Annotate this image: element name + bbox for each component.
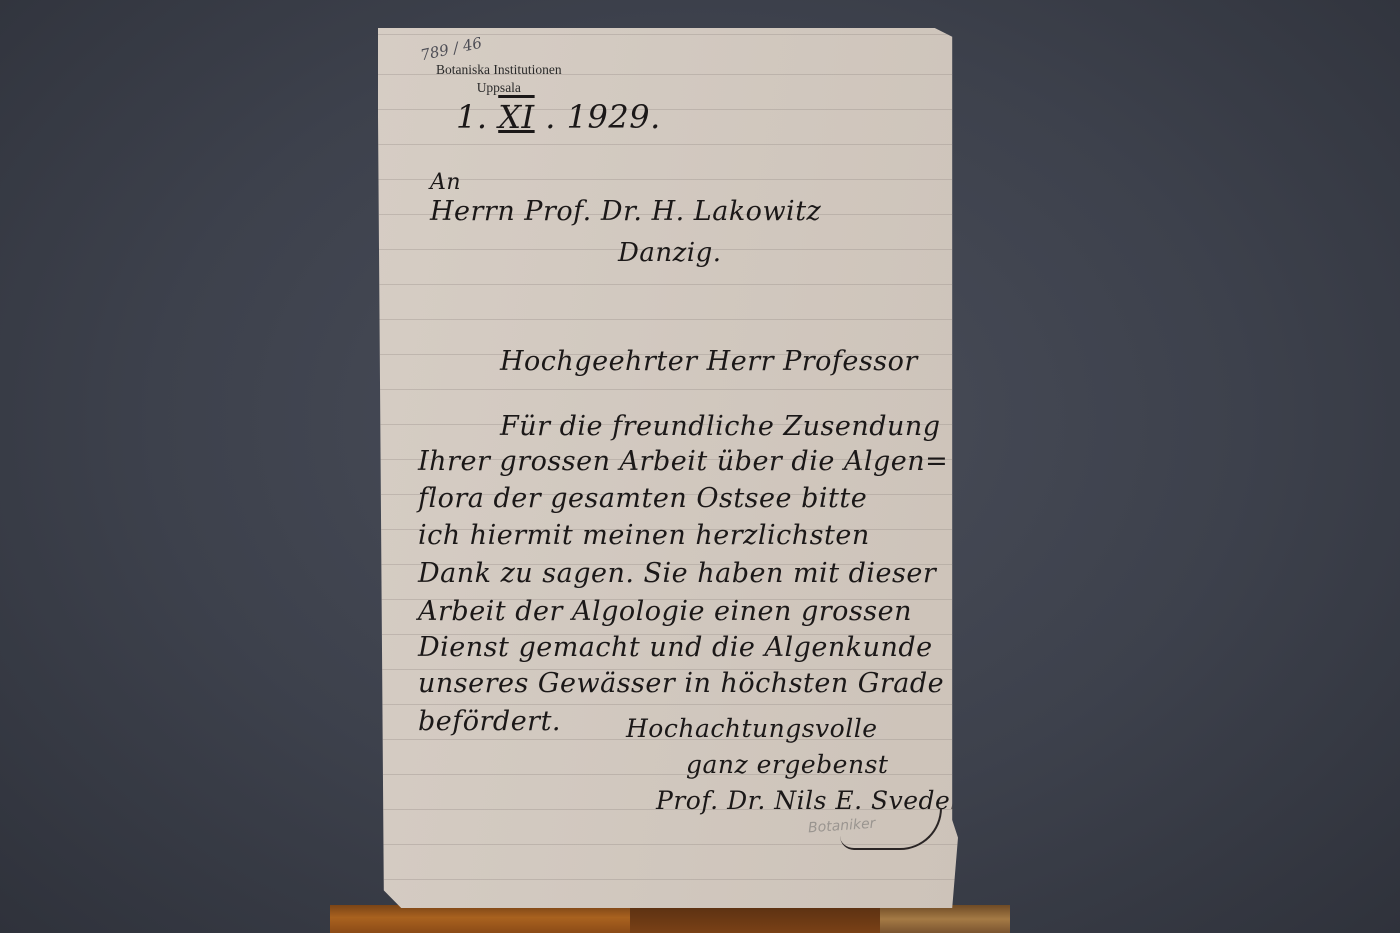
date-day: 1. [456, 98, 488, 136]
letterhead-city: Uppsala [436, 79, 562, 97]
letterhead: Botaniska Institutionen Uppsala [436, 61, 562, 97]
body-line: unseres Gewässer in höchsten Grade [418, 668, 944, 699]
address-recipient: Herrn Prof. Dr. H. Lakowitz [430, 196, 821, 227]
date-month: XI [498, 98, 534, 136]
body-line: flora der gesamten Ostsee bitte [418, 483, 867, 514]
wooden-stand-center [630, 905, 880, 933]
letter-sheet: 789 / 46 Botaniska Institutionen Uppsala… [378, 28, 958, 908]
wooden-stand-left [330, 905, 630, 933]
body-line: Dank zu sagen. Sie haben mit dieser [418, 558, 936, 589]
body-line: Arbeit der Algologie einen grossen [418, 596, 912, 627]
address-city: Danzig. [618, 238, 722, 268]
body-line: ich hiermit meinen herzlichsten [418, 520, 870, 551]
body-line: Dienst gemacht und die Algenkunde [418, 632, 933, 663]
salutation: Hochgeehrter Herr Professor [500, 346, 918, 377]
signature: Prof. Dr. Nils E. Svedelius [656, 786, 997, 815]
address-prefix: An [430, 170, 461, 195]
wooden-stand-right [880, 905, 1010, 933]
date-year: . 1929. [545, 98, 660, 136]
body-line: Für die freundliche Zusendung [500, 411, 941, 442]
letterhead-institution: Botaniska Institutionen [436, 61, 562, 79]
closing-regards: ganz ergebenst [686, 750, 888, 779]
body-line: Ihrer grossen Arbeit über die Algen= [418, 446, 948, 477]
body-line: befördert. [418, 706, 561, 737]
closing-formula: Hochachtungsvolle [626, 714, 878, 743]
letter-date: 1. XI . 1929. [456, 98, 661, 136]
